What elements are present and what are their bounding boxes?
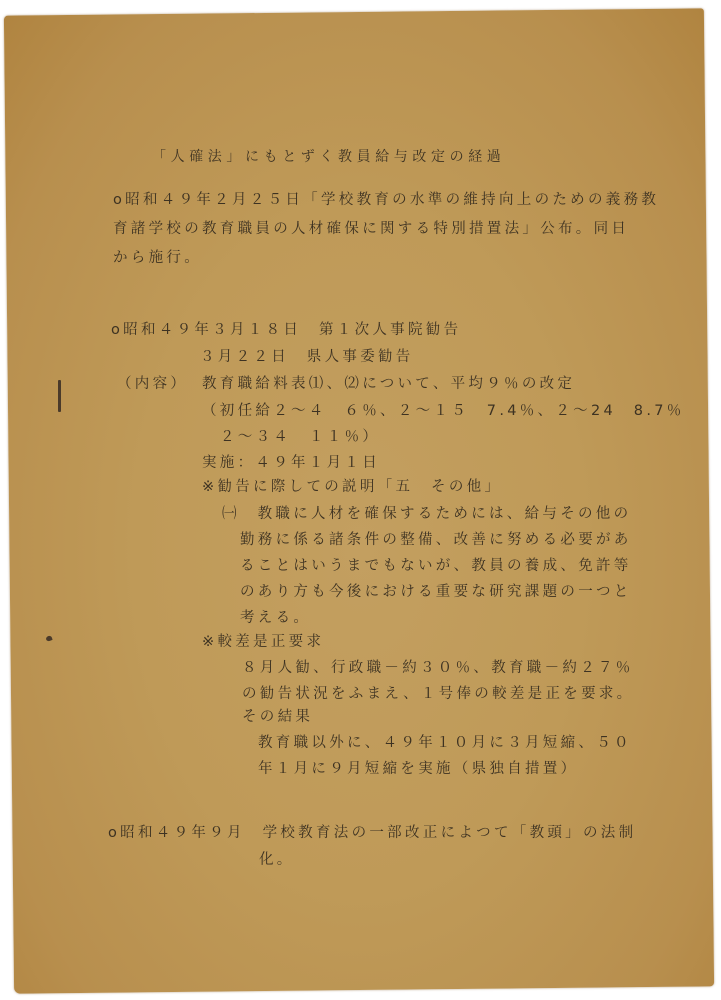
content-line-5: ※勧告に際しての説明「五 その他」	[202, 480, 502, 495]
content-label: （内容）	[117, 377, 188, 392]
content-line-1: 教育職給料表⑴、⑵について、平均９％の改定	[202, 377, 575, 392]
result-line-1: 教育職以外に、４９年１０月に３月短縮、５０	[258, 736, 632, 751]
explanation-line-3: ることはいうまでもないが、教員の養成、免許等	[240, 559, 632, 574]
explanation-line-2: 勤務に係る諸条件の整備、改善に努める必要があ	[240, 533, 632, 548]
section3-line-1: o昭和４９年９月 学校教育法の一部改正によつて「教頭」の法制	[108, 826, 636, 841]
explanation-line-1: ㈠ 教職に人材を確保するためには、給与その他の	[222, 507, 631, 522]
content-line-2: （初任給２～４ ６％、２～１５ 7.4％、２～24 8.7％	[202, 404, 685, 419]
result-line-2: 年１月に９月短縮を実施（県独自措置）	[258, 762, 578, 777]
gap-line-2: の勧告状況をふまえ、１号俸の較差是正を要求。	[242, 687, 634, 702]
explanation-line-5: 考える。	[240, 611, 311, 626]
document-title: 「人確法」にもとずく教員給与改定の経過	[152, 150, 505, 164]
explanation-line-4: のあり方も今後における重要な研究課題の一つと	[240, 585, 632, 600]
result-heading: その結果	[242, 710, 313, 725]
staple-hole-mark	[58, 380, 61, 412]
section1-line-1: o昭和４９年２月２５日「学校教育の水準の維持向上のための義務教	[113, 193, 659, 208]
gap-line-1: ８月人勧、行政職－約３０％、教育職－約２７％	[242, 661, 634, 676]
content-line-3: ２～３４ １１％）	[220, 430, 380, 445]
document-body: 「人確法」にもとずく教員給与改定の経過 o昭和４９年２月２５日「学校教育の水準の…	[0, 0, 721, 1000]
gap-heading: ※較差是正要求	[202, 635, 324, 650]
content-line-4: 実施：４９年１月１日	[202, 456, 380, 471]
section3-line-2: 化。	[259, 853, 295, 868]
section1-line-3: から施行。	[113, 251, 202, 266]
section2-line-1: o昭和４９年３月１８日 第１次人事院勧告	[111, 323, 461, 338]
section2-line-2: ３月２２日 県人事委勧告	[200, 350, 414, 365]
ink-speck-mark	[45, 635, 52, 642]
section1-line-2: 育諸学校の教育職員の人材確保に関する特別措置法」公布。同日	[113, 222, 629, 237]
